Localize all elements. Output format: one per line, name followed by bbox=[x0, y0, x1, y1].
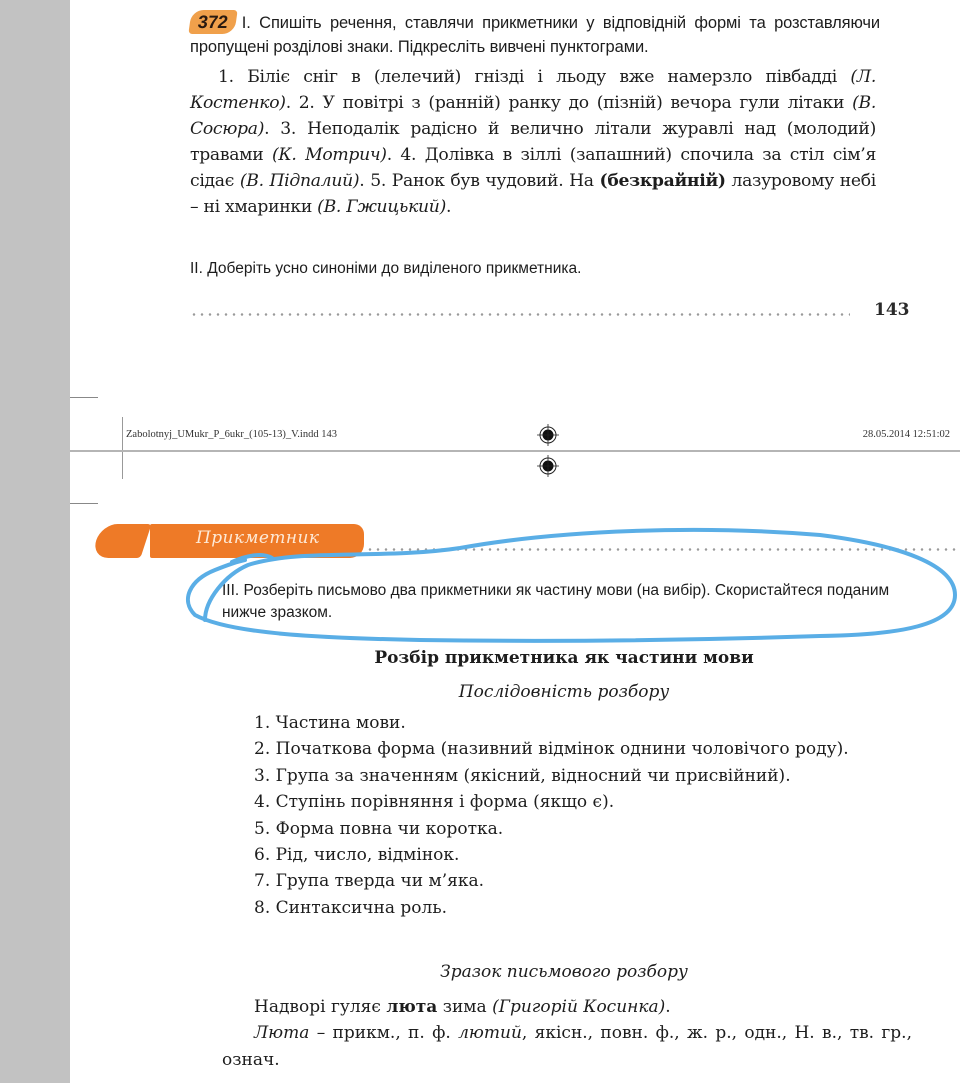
list-item: 2. Початкова форма (називний відмінок од… bbox=[222, 736, 912, 762]
task-3-text: III. Розберіть письмово два прикметники … bbox=[222, 580, 910, 624]
analysis-title: Розбір прикметника як частини мови bbox=[190, 648, 938, 668]
page-number: 143 bbox=[874, 300, 910, 320]
task-2-text: II. Доберіть усно синоніми до виділеного… bbox=[190, 258, 880, 280]
list-item: 5. Форма повна чи коротка. bbox=[222, 816, 912, 842]
slug-timestamp: 28.05.2014 12:51:02 bbox=[863, 429, 950, 440]
task-1-text: I. Спишіть речення, ставлячи прикметники… bbox=[190, 14, 880, 56]
sample-analysis: Надворі гуляє люта зима (Григорій Косинк… bbox=[222, 994, 912, 1073]
page-separator bbox=[70, 450, 960, 452]
sample-adjective: люта bbox=[386, 997, 437, 1017]
sample-title: Зразок письмового розбору bbox=[190, 962, 938, 982]
list-item: 4. Ступінь порівняння і форма (якщо є). bbox=[222, 789, 912, 815]
dotted-divider bbox=[190, 313, 850, 316]
list-item: 1. Частина мови. bbox=[222, 710, 912, 736]
exercise-sentences: 1. Біліє сніг в (лелечий) гнізді і льоду… bbox=[190, 64, 876, 220]
slug-file-name: Zabolotnyj_UMukr_P_6ukr_(105-13)_V.indd … bbox=[126, 429, 337, 440]
crop-mark bbox=[70, 503, 98, 504]
section-tab-accent bbox=[90, 524, 151, 558]
registration-mark-icon bbox=[537, 424, 559, 446]
highlighted-adjective: (безкрайній) bbox=[600, 171, 726, 191]
author-4: (В. Підпалий) bbox=[240, 171, 359, 191]
exercise-instructions: 372I. Спишіть речення, ставлячи прикметн… bbox=[190, 10, 880, 59]
sentence-1: 1. Біліє сніг в (лелечий) гнізді і льоду… bbox=[218, 67, 850, 87]
sample-parse: Люта – прикм., п. ф. лютий, якісн., повн… bbox=[222, 1020, 912, 1073]
sample-author: (Григорій Косинка) bbox=[492, 997, 665, 1017]
registration-mark-icon bbox=[537, 455, 559, 477]
sentence-5: 5. Ранок був чудовий. На bbox=[370, 171, 599, 191]
list-item: 6. Рід, число, відмінок. bbox=[222, 842, 912, 868]
sentence-2: 2. У повітрі з (ранній) ранку до (пізній… bbox=[299, 93, 852, 113]
list-item: 8. Синтаксична роль. bbox=[222, 895, 912, 921]
list-item: 7. Група тверда чи м’яка. bbox=[222, 868, 912, 894]
crop-mark bbox=[122, 417, 123, 479]
scan-margin bbox=[0, 0, 70, 1083]
author-3: (К. Мотрич) bbox=[272, 145, 387, 165]
section-tab-label: Прикметник bbox=[196, 528, 319, 548]
list-item: 3. Група за значенням (якісний, відносни… bbox=[222, 763, 912, 789]
sample-sentence: Надворі гуляє люта зима (Григорій Косинк… bbox=[222, 994, 912, 1020]
exercise-number-badge: 372 bbox=[188, 10, 237, 34]
dotted-divider bbox=[366, 548, 956, 551]
analysis-steps-list: 1. Частина мови. 2. Початкова форма (наз… bbox=[222, 710, 912, 921]
author-5: (В. Гжицький) bbox=[317, 197, 446, 217]
crop-mark bbox=[70, 397, 98, 398]
analysis-subtitle: Послідовність розбору bbox=[190, 682, 938, 702]
